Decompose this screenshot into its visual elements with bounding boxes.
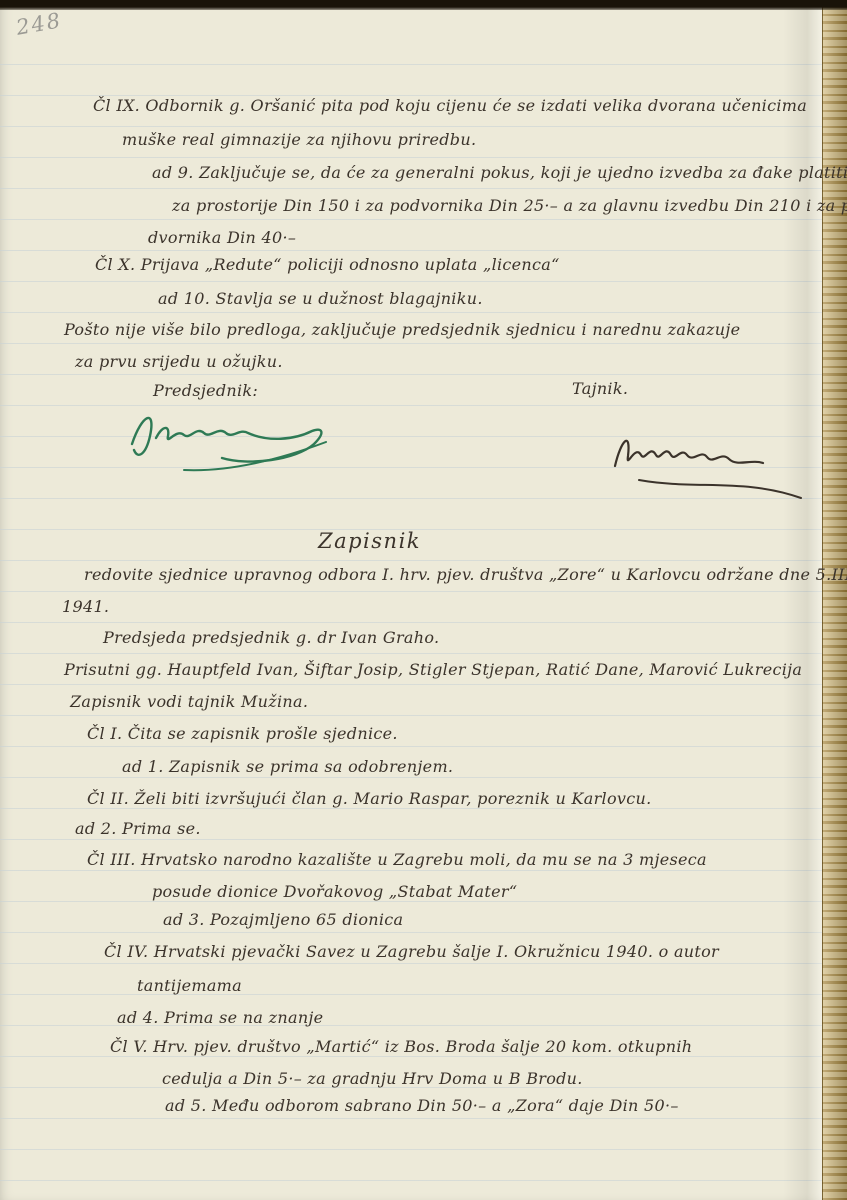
president-signature	[118, 402, 368, 474]
secretary-signature	[605, 414, 815, 502]
line-ad4: ad 4. Prima se na znanje	[117, 1008, 323, 1027]
line-cl-iii: Čl III. Hrvatsko narodno kazalište u Zag…	[87, 850, 707, 869]
line-recorder: Zapisnik vodi tajnik Mužina.	[70, 692, 308, 711]
line-cl-iv: Čl IV. Hrvatski pjevački Savez u Zagrebu…	[104, 942, 719, 961]
line-ad1: ad 1. Zapisnik se prima sa odobrenjem.	[122, 757, 453, 776]
line-cl-v-2: cedulja a Din 5·– za gradnju Hrv Doma u …	[162, 1069, 583, 1088]
prev-line-cl-ix: Čl IX. Odbornik g. Oršanić pita pod koju…	[93, 96, 807, 115]
line-ad5: ad 5. Među odborom sabrano Din 50·– a „Z…	[165, 1096, 679, 1115]
line-cl-iv-2: tantijemama	[137, 976, 242, 995]
line-attendees: Prisutni gg. Hauptfeld Ivan, Šiftar Josi…	[64, 660, 802, 679]
prev-line-ad9-2: za prostorije Din 150 i za podvornika Di…	[172, 196, 847, 215]
line-chairman: Predsjeda predsjednik g. dr Ivan Graho.	[103, 628, 439, 647]
line-cl-i: Čl I. Čita se zapisnik prošle sjednice.	[87, 724, 398, 743]
minute-book-page: 248 Čl IX. Odbornik g. Oršanić pita pod …	[0, 0, 847, 1200]
prev-line-closing-2: za prvu srijedu u ožujku.	[75, 352, 283, 371]
prev-line-ad9: ad 9. Zaključuje se, da će za generalni …	[152, 163, 847, 182]
line-cl-ii: Čl II. Želi biti izvršujući član g. Mari…	[87, 789, 651, 808]
president-label: Predsjednik:	[153, 381, 258, 400]
minutes-subtitle: redovite sjednice upravnog odbora I. hrv…	[84, 565, 847, 584]
line-ad3: ad 3. Pozajmljeno 65 dionica	[163, 910, 403, 929]
minutes-year: 1941.	[62, 597, 109, 616]
prev-line-cl-ix-2: muške real gimnazije za njihovu priredbu…	[122, 130, 476, 149]
line-cl-iii-2: posude dionice Dvořakovog „Stabat Mater“	[152, 882, 517, 901]
line-cl-v: Čl V. Hrv. pjev. društvo „Martić“ iz Bos…	[110, 1037, 692, 1056]
prev-line-closing: Pošto nije više bilo predloga, zaključuj…	[64, 320, 740, 339]
prev-line-cl-x: Čl X. Prijava „Redute“ policiji odnosno …	[95, 255, 560, 274]
prev-line-ad10: ad 10. Stavlja se u dužnost blagajniku.	[158, 289, 483, 308]
minutes-heading: Zapisnik	[318, 529, 421, 553]
line-ad2: ad 2. Prima se.	[75, 819, 201, 838]
secretary-label: Tajnik.	[572, 379, 628, 398]
prev-line-ad9-3: dvornika Din 40·–	[148, 228, 296, 247]
book-top-edge	[0, 0, 847, 10]
